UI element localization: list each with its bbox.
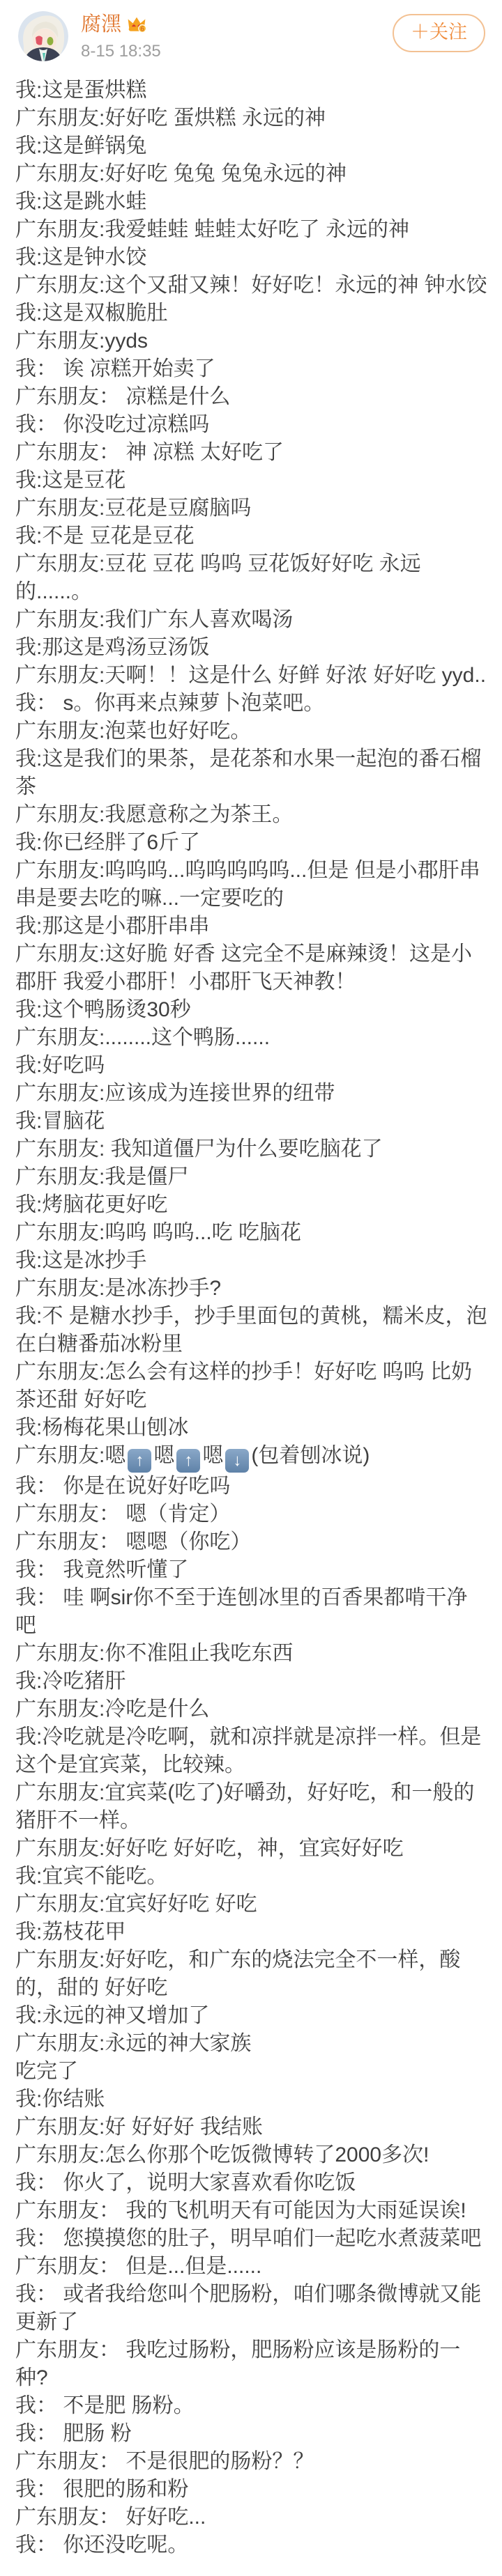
message-line: 广东朋友:宜宾菜(吃了)好嚼劲，好好吃，和一般的猪肝不一样。 bbox=[15, 1779, 488, 1835]
message-line: 我： 您摸摸您的肚子，明早咱们一起吃水煮菠菜吧 bbox=[15, 2225, 488, 2253]
message-line: 我： 肥肠 粉 bbox=[15, 2420, 488, 2448]
message-line: 广东朋友： 但是...但是...... bbox=[15, 2253, 488, 2281]
message-line: 我:这个鸭肠烫30秒 bbox=[15, 996, 488, 1024]
message-line: 广东朋友:好好吃 好好吃，神，宜宾好好吃 bbox=[15, 1835, 488, 1863]
weibo-post: 腐潶 6 8-15 18:35 ＋关注 我:这是蛋烘糕广东朋友:好好吃 蛋烘糕 … bbox=[0, 0, 502, 2576]
message-line: 我： 你火了，说明大家喜欢看你吃饭 bbox=[15, 2169, 488, 2197]
arrow-up-emoji: ↑ bbox=[128, 1449, 151, 1473]
message-line: 广东朋友:yyds bbox=[15, 327, 488, 355]
message-line: 我： s。你再来点辣萝卜泡菜吧。 bbox=[15, 690, 488, 717]
message-line: 我:这是蛋烘糕 bbox=[15, 77, 488, 104]
message-line: 广东朋友:好好吃，和广东的烧法完全不一样，酸的，甜的 好好吃 bbox=[15, 1946, 488, 2002]
message-line: 我:这是跳水蛙 bbox=[15, 188, 488, 216]
message-line: 广东朋友:你不准阻止我吃东西 bbox=[15, 1640, 488, 1668]
timestamp: 8-15 18:35 bbox=[81, 42, 393, 61]
message-line: 广东朋友:好好吃 兔兔 兔兔永远的神 bbox=[15, 160, 488, 188]
svg-text:6: 6 bbox=[140, 26, 144, 33]
message-line: 我： 诶 凉糕开始卖了 bbox=[15, 355, 488, 383]
arrow-down-emoji: ↓ bbox=[225, 1449, 249, 1473]
message-line: 广东朋友:呜呜 呜呜...吃 吃脑花 bbox=[15, 1219, 488, 1247]
message-line: 我:不 是糖水抄手，抄手里面包的黄桃，糯米皮，泡在白糖番茄冰粉里 bbox=[15, 1303, 488, 1358]
message-line: 广东朋友:呜呜呜...呜呜呜呜呜...但是 但是小郡肝串串是要去吃的嘛...一定… bbox=[15, 857, 488, 913]
message-line: 我:那这是鸡汤豆汤饭 bbox=[15, 634, 488, 662]
message-line: 我:那这是小郡肝串串 bbox=[15, 913, 488, 940]
avatar[interactable] bbox=[18, 11, 68, 61]
message-line: 广东朋友:这个又甜又辣！好好吃！永远的神 钟水饺 bbox=[15, 272, 488, 300]
message-line: 广东朋友:好好吃 蛋烘糕 永远的神 bbox=[15, 104, 488, 132]
post-body: 我:这是蛋烘糕广东朋友:好好吃 蛋烘糕 永远的神我:这是鲜锅兔广东朋友:好好吃 … bbox=[0, 68, 502, 2576]
message-line: 广东朋友： 不是很肥的肠粉？？ bbox=[15, 2448, 488, 2476]
message-line: 广东朋友: 我知道僵尸为什么要吃脑花了 bbox=[15, 1135, 488, 1163]
message-line: 我:这是钟水饺 bbox=[15, 244, 488, 272]
message-line: 我:这是双椒脆肚 bbox=[15, 300, 488, 327]
message-line: 我:永远的神又增加了 bbox=[15, 2002, 488, 2030]
message-line: 广东朋友:天啊！！这是什么 好鲜 好浓 好好吃 yyd.. bbox=[15, 662, 488, 690]
message-line: 广东朋友： 神 凉糕 太好吃了 bbox=[15, 439, 488, 467]
message-line: 广东朋友:应该成为连接世界的纽带 bbox=[15, 1080, 488, 1108]
message-line: 我:这是豆花 bbox=[15, 467, 488, 495]
message-line: 我： 你还没吃呢。 bbox=[15, 2531, 488, 2559]
message-line: 我:冒脑花 bbox=[15, 1108, 488, 1135]
message-line: 我： 你是在说好好吃吗 bbox=[15, 1473, 488, 1500]
message-line: 我： 不是肥 肠粉。 bbox=[15, 2392, 488, 2420]
avatar-image bbox=[18, 11, 68, 61]
message-line: 我:杨梅花果山刨冰 bbox=[15, 1414, 488, 1442]
identity-block: 腐潶 6 8-15 18:35 bbox=[81, 11, 393, 61]
message-line: 我:荔枝花甲 bbox=[15, 1918, 488, 1946]
message-line: 我:好吃吗 bbox=[15, 1052, 488, 1080]
follow-button-label: ＋关注 bbox=[411, 22, 467, 42]
message-line: 广东朋友： 我的飞机明天有可能因为大雨延误诶! bbox=[15, 2197, 488, 2225]
message-line: 广东朋友:好 好好好 我结账 bbox=[15, 2113, 488, 2141]
vip-crown-badge: 6 bbox=[127, 16, 146, 33]
message-line: 广东朋友:怎么会有这样的抄手！好好吃 呜呜 比奶茶还甜 好好吃 bbox=[15, 1358, 488, 1414]
message-line: 广东朋友:永远的神大家族 bbox=[15, 2030, 488, 2058]
message-line: 广东朋友:........这个鸭肠...... bbox=[15, 1024, 488, 1052]
message-line: 广东朋友:这好脆 好香 这完全不是麻辣烫！这是小郡肝 我爱小郡肝！小郡肝飞天神教… bbox=[15, 940, 488, 996]
message-line: 广东朋友:豆花 豆花 呜呜 豆花饭好好吃 永远的......。 bbox=[15, 550, 488, 606]
message-line: 广东朋友:豆花是豆腐脑吗 bbox=[15, 495, 488, 522]
message-line: 广东朋友:怎么你那个吃饭微博转了2000多次! bbox=[15, 2141, 488, 2169]
message-line: 吃完了 bbox=[15, 2058, 488, 2086]
post-header: 腐潶 6 8-15 18:35 ＋关注 bbox=[0, 0, 502, 68]
message-line: 我： 我竟然听懂了 bbox=[15, 1556, 488, 1584]
message-line: 我： 很肥的肠和粉 bbox=[15, 2476, 488, 2504]
message-line: 我:这是我们的果茶，是花茶和水果一起泡的番石榴茶 bbox=[15, 745, 488, 801]
message-line: 广东朋友： 我吃过肠粉，肥肠粉应该是肠粉的一种? bbox=[15, 2336, 488, 2392]
message-line: 我： 或者我给您叫个肥肠粉，咱们哪条微博就又能更新了 bbox=[15, 2281, 488, 2336]
message-line: 我:这是冰抄手 bbox=[15, 1247, 488, 1275]
username[interactable]: 腐潶 bbox=[81, 13, 121, 36]
message-line: 我:你已经胖了6斤了 bbox=[15, 829, 488, 857]
message-line: 广东朋友： 好好吃... bbox=[15, 2504, 488, 2531]
message-line: 广东朋友:泡菜也好好吃。 bbox=[15, 717, 488, 745]
message-line: 我:不是 豆花是豆花 bbox=[15, 522, 488, 550]
message-line: 我:宜宾不能吃。 bbox=[15, 1863, 488, 1891]
message-line: 广东朋友:宜宾好好吃 好吃 bbox=[15, 1891, 488, 1918]
message-line: 我： 你没吃过凉糕吗 bbox=[15, 411, 488, 439]
message-line: 广东朋友:是冰冻抄手? bbox=[15, 1275, 488, 1303]
follow-button[interactable]: ＋关注 bbox=[393, 14, 485, 52]
message-line: 广东朋友:嗯↑嗯↑嗯↓(包着刨冰说) bbox=[15, 1442, 488, 1473]
crown-icon: 6 bbox=[127, 16, 146, 33]
message-line: 我:你结账 bbox=[15, 2086, 488, 2113]
message-line: 我:冷吃就是冷吃啊，就和凉拌就是凉拌一样。但是这个是宜宾菜，比较辣。 bbox=[15, 1723, 488, 1779]
message-line: 广东朋友： 嗯嗯（你吃） bbox=[15, 1528, 488, 1556]
message-line: 广东朋友:我愿意称之为茶王。 bbox=[15, 801, 488, 829]
message-line: 我:烤脑花更好吃 bbox=[15, 1191, 488, 1219]
message-line: 我:这是鲜锅兔 bbox=[15, 132, 488, 160]
message-line: 广东朋友:我是僵尸 bbox=[15, 1163, 488, 1191]
message-line: 广东朋友:我们广东人喜欢喝汤 bbox=[15, 606, 488, 634]
message-line: 广东朋友： 嗯（肯定） bbox=[15, 1500, 488, 1528]
message-line: 广东朋友:冷吃是什么 bbox=[15, 1696, 488, 1723]
message-line: 广东朋友:我爱蛙蛙 蛙蛙太好吃了 永远的神 bbox=[15, 216, 488, 244]
arrow-up-emoji: ↑ bbox=[176, 1449, 200, 1473]
message-line: 广东朋友： 凉糕是什么 bbox=[15, 383, 488, 411]
message-line: 我:冷吃猪肝 bbox=[15, 1668, 488, 1696]
message-line: 我： 哇 啊sir你不至于连刨冰里的百香果都啃干净吧 bbox=[15, 1584, 488, 1640]
